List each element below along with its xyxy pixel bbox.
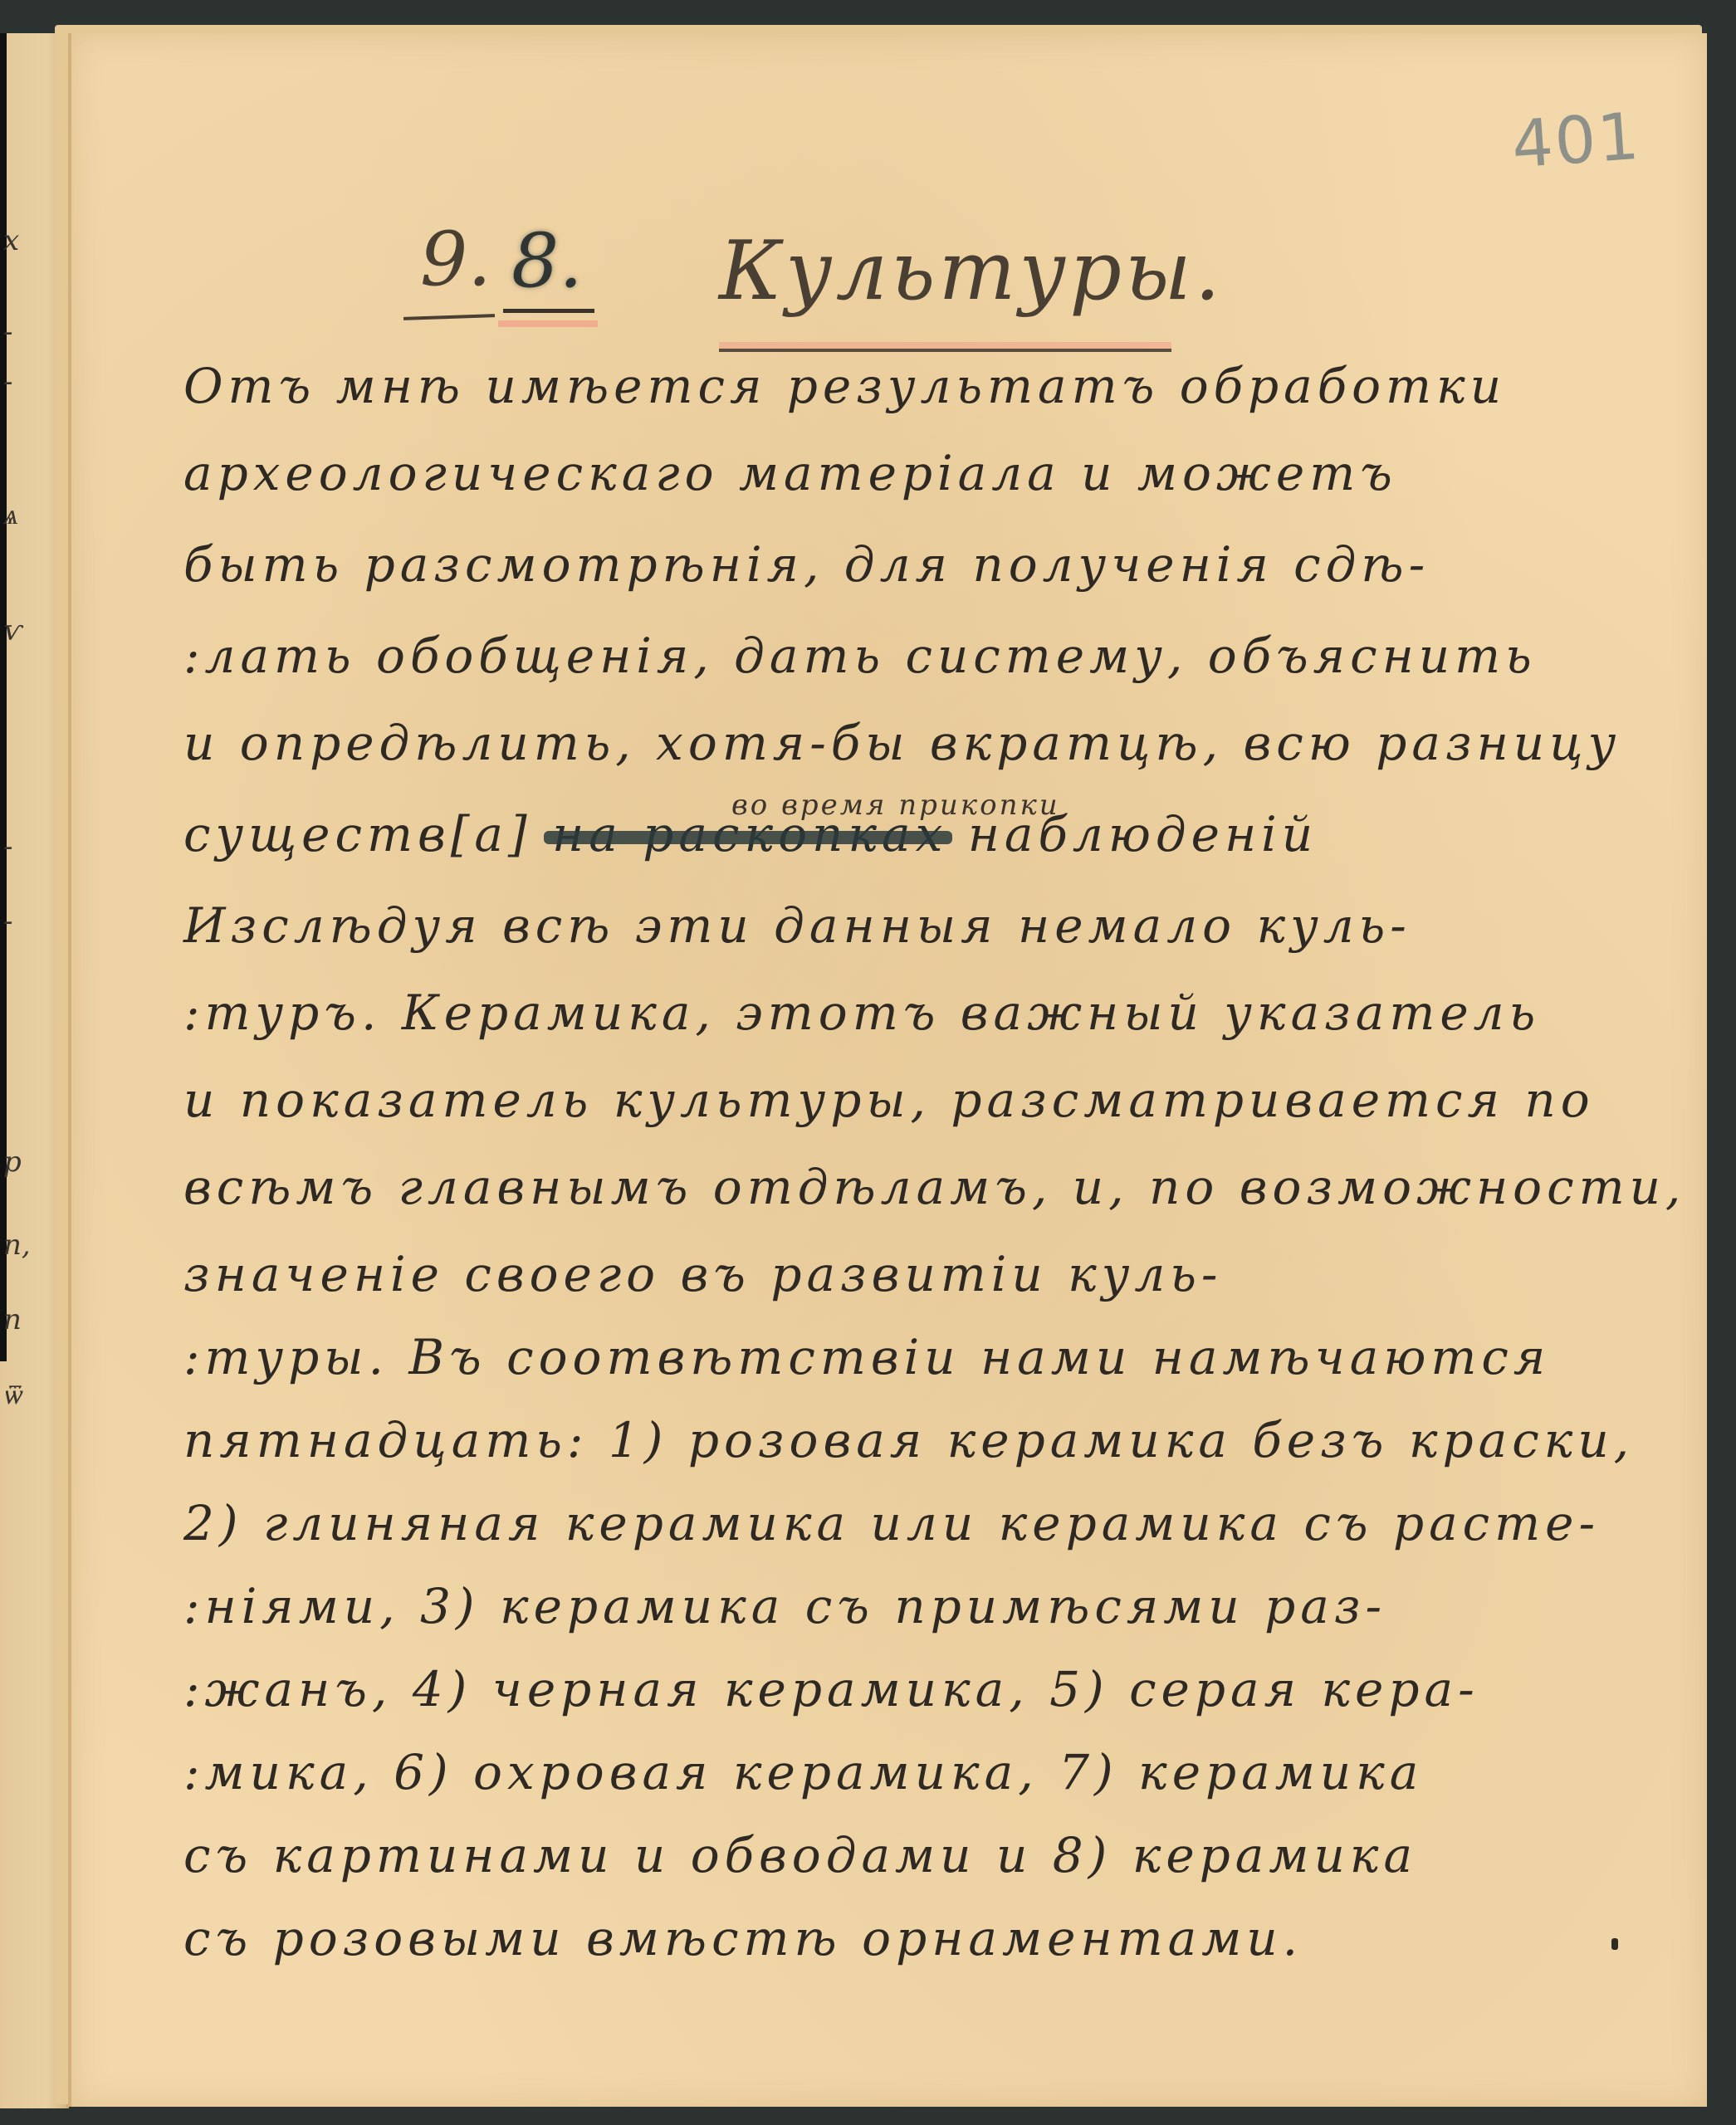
text-line: :жанъ, 4) черная керамика, 5) серая кера…: [183, 1656, 1479, 1722]
section-title: Культуры.: [719, 224, 1224, 319]
underline: [503, 309, 594, 313]
margin-mark: р: [3, 1146, 22, 1179]
text-line: значенiе своего въ развитiи куль-: [183, 1241, 1223, 1307]
text-line: :туръ. Керамика, этотъ важный указатель: [183, 979, 1540, 1046]
underline: [719, 349, 1171, 352]
text-line: археологическаго матеріала и можетъ: [183, 440, 1397, 506]
section-number-correction: 8.: [511, 217, 583, 305]
underline: [403, 314, 495, 320]
margin-mark: -: [3, 905, 13, 938]
margin-mark: ѵ: [3, 614, 22, 647]
text-line: быть разсмотрѣнiя, для полученiя сдѣ-: [183, 531, 1430, 598]
text-line: :туры. Въ соотвѣтствiи нами намѣчаются: [183, 1324, 1550, 1390]
text-segment: существ[а]: [183, 806, 532, 862]
text-line: и опредѣлить, хотя-бы вкратцѣ, всю разни…: [183, 710, 1621, 776]
margin-mark: -: [3, 830, 13, 863]
text-line: пятнадцать: 1) розовая керамика безъ кра…: [183, 1407, 1634, 1473]
margin-mark: -: [3, 365, 13, 398]
text-line: :мика, 6) охровая керамика, 7) керамика: [183, 1739, 1423, 1805]
text-segment: наблюденiй: [968, 806, 1318, 862]
margin-mark: п: [3, 1303, 22, 1336]
text-line-with-deletion: существ[а] на раскопках наблюденiй: [183, 801, 1318, 867]
text-line: 2) глиняная керамика или керамика съ рас…: [183, 1490, 1600, 1556]
text-line: и показатель культуры, разсматривается п…: [183, 1067, 1595, 1133]
red-underline: [498, 320, 598, 327]
text-line: :ніями, 3) керамика съ примѣсями раз-: [183, 1573, 1386, 1639]
text-line: съ картинами и обводами и 8) керамика: [183, 1822, 1417, 1888]
manuscript-page: 401 9. 8. Культуры. Отъ мнѣ имѣется резу…: [68, 33, 1707, 2107]
margin-mark: х: [3, 224, 19, 257]
text-line: съ розовыми вмѣстѣ орнаментами.: [183, 1905, 1303, 1971]
text-line: :лать обобщенiя, дать систему, объяснить: [183, 623, 1537, 689]
folio-number: 401: [1509, 100, 1643, 183]
ink-mark: [1611, 1938, 1618, 1950]
struck-out-text: на раскопках: [552, 806, 947, 862]
text-line: Отъ мнѣ имѣется результатъ обработки: [183, 353, 1506, 419]
margin-mark: ѿ: [3, 1378, 22, 1411]
text-line: всѣмъ главнымъ отдѣламъ, и, по возможнос…: [183, 1154, 1685, 1220]
text-line: Изслѣдуя всѣ эти данныя немало куль-: [183, 892, 1411, 959]
margin-mark: п,: [3, 1229, 31, 1262]
section-number-original: 9.: [420, 216, 491, 303]
margin-mark: -: [3, 315, 13, 349]
margin-mark: ѧ: [3, 498, 18, 531]
